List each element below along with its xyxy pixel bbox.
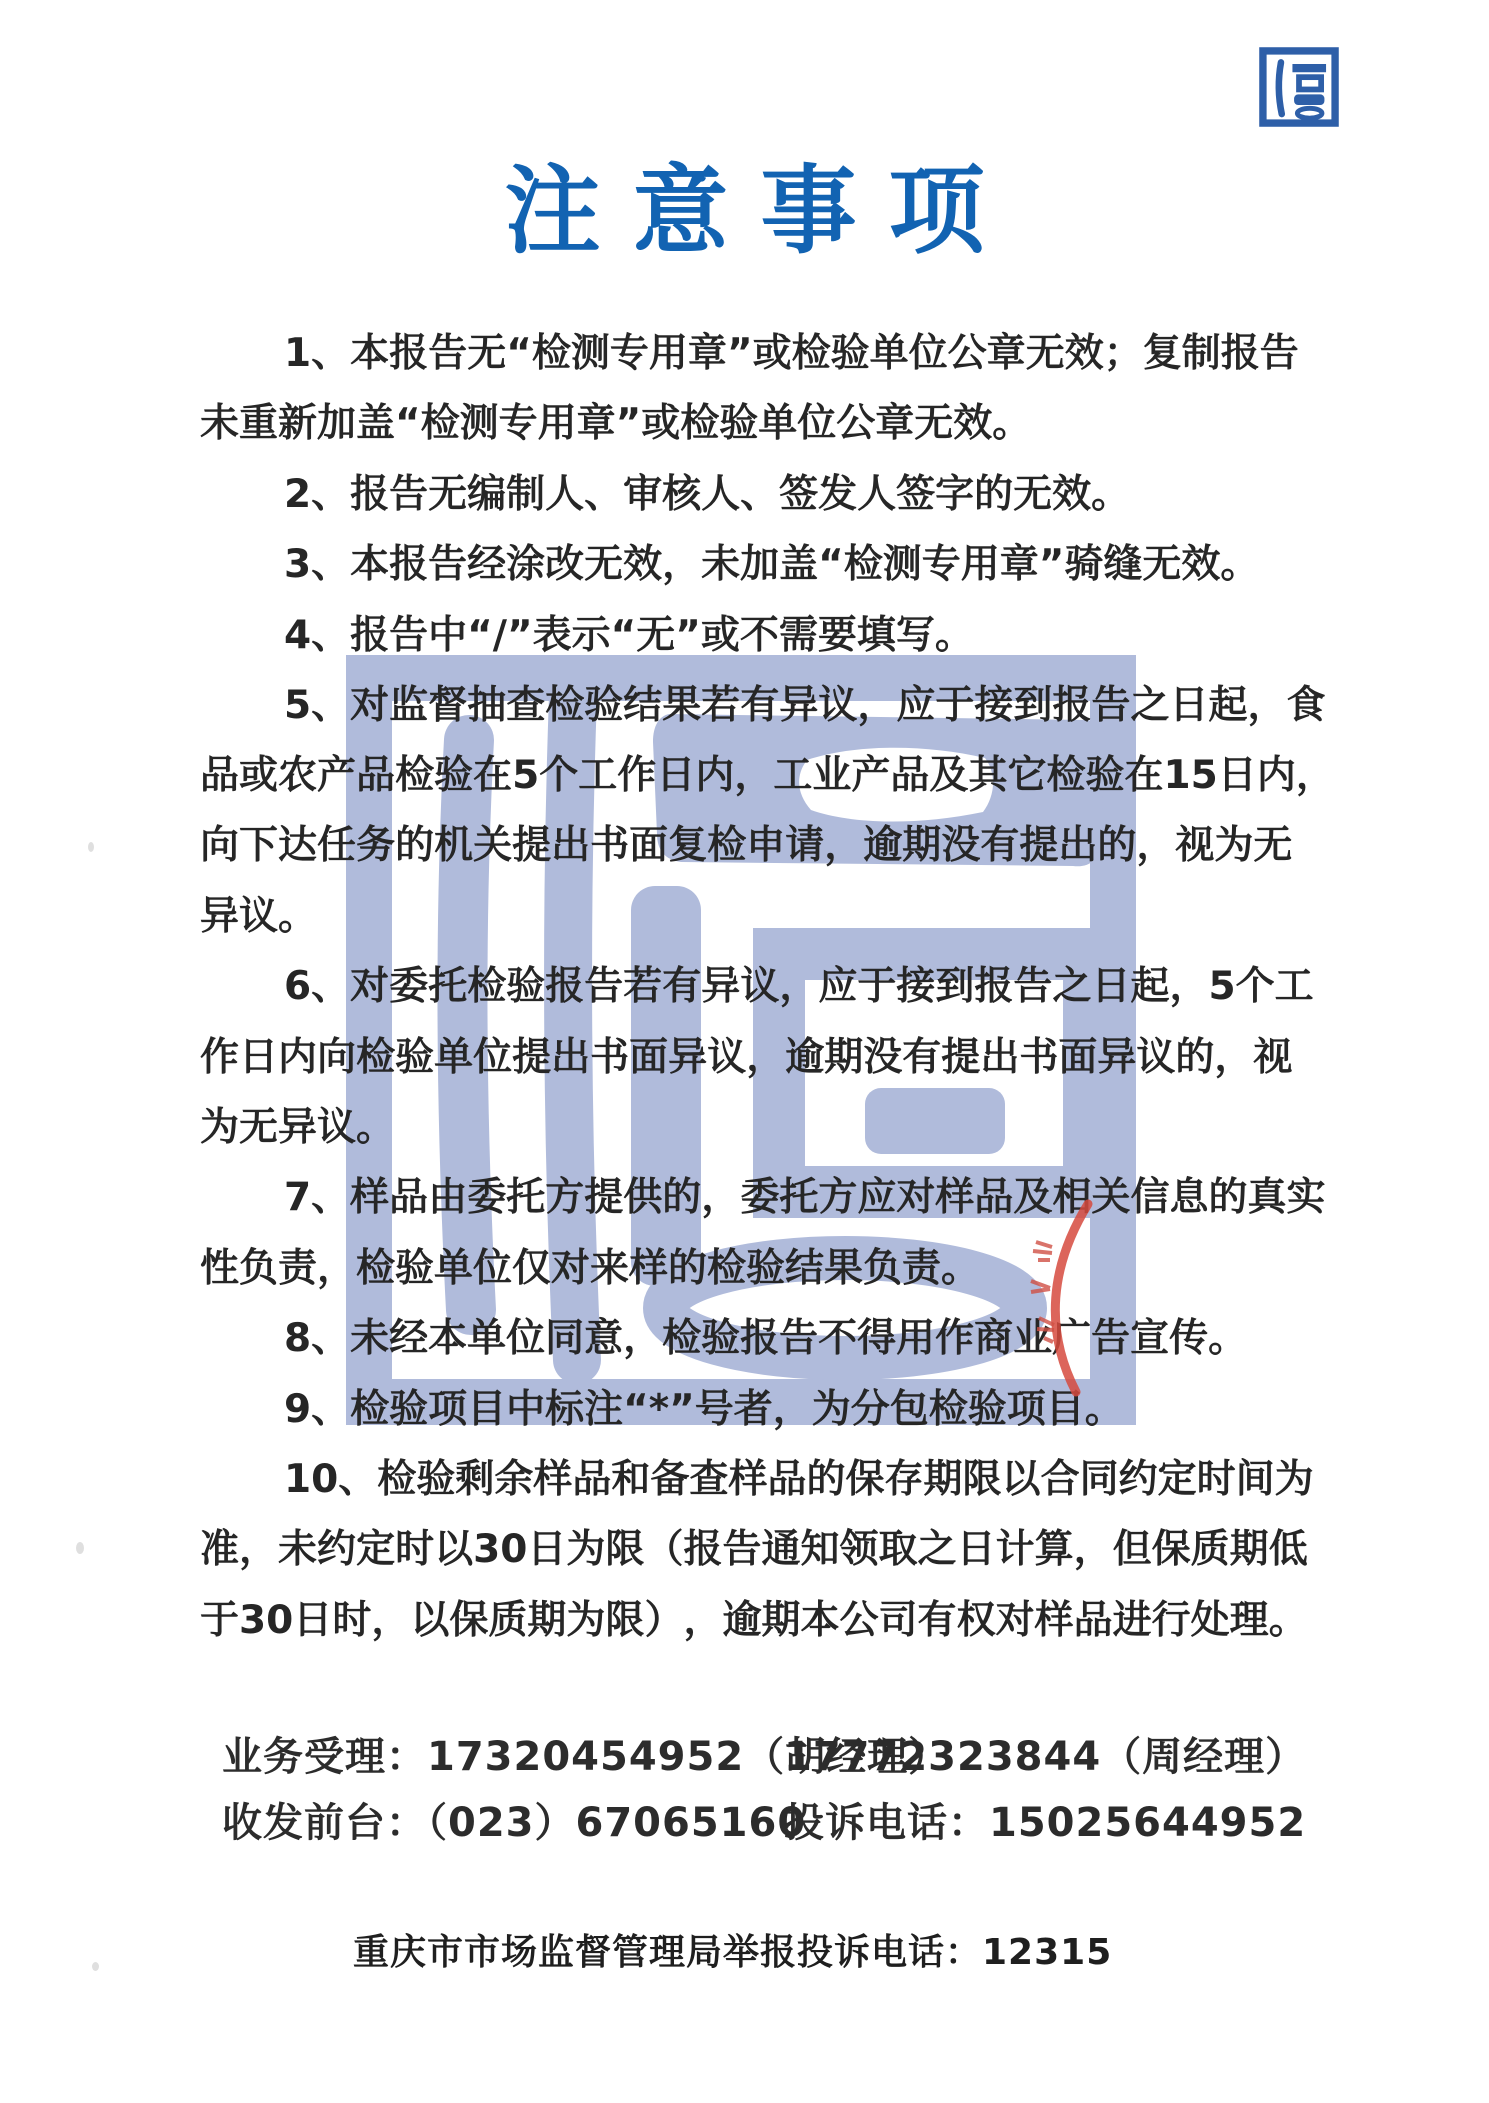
regulator-hotline: 重庆市市场监督管理局举报投诉电话：12315 <box>353 1924 1112 1975</box>
complaint-phone: 投诉电话：15025644952 <box>784 1793 1306 1853</box>
notice-line: 5、对监督抽查检验结果若有异议，应于接到报告之日起，食 <box>200 671 1286 741</box>
blue-square-seal-logo <box>1258 46 1340 128</box>
notice-line: 作日内向检验单位提出书面异议，逾期没有提出书面异议的，视 <box>200 1023 1286 1093</box>
red-seal-arc <box>1000 1180 1220 1410</box>
notice-line: 10、检验剩余样品和备查样品的保存期限以合同约定时间为 <box>200 1445 1286 1515</box>
scan-artifact <box>76 1542 84 1554</box>
scan-artifact <box>88 842 94 852</box>
page-title: 注意事项 <box>0 156 1489 266</box>
notice-line: 4、报告中“/”表示“无”或不需要填写。 <box>200 601 1286 671</box>
contact-block: 业务受理：17320454952（胡经理） 17772323844（周经理） 收… <box>200 1727 1360 1867</box>
business-phone-2: 17772323844（周经理） <box>784 1727 1306 1787</box>
notice-page: 注意事项 1、本报告无“检测专用章”或检验单位公章无效；复制报告 未重新加盖“检… <box>0 0 1489 2103</box>
notice-line: 向下达任务的机关提出书面复检申请，逾期没有提出的，视为无 <box>200 812 1286 882</box>
notice-line: 2、报告无编制人、审核人、签发人签字的无效。 <box>200 460 1286 530</box>
notice-line: 为无异议。 <box>200 1093 1286 1163</box>
notice-line: 3、本报告经涂改无效，未加盖“检测专用章”骑缝无效。 <box>200 530 1286 600</box>
scan-artifact <box>92 1962 99 1971</box>
notice-line: 于30日时，以保质期为限），逾期本公司有权对样品进行处理。 <box>200 1586 1286 1656</box>
contact-row: 收发前台：（023）67065160 投诉电话：15025644952 <box>200 1793 1360 1853</box>
notice-line: 1、本报告无“检测专用章”或检验单位公章无效；复制报告 <box>200 319 1286 389</box>
notice-line: 品或农产品检验在5个工作日内，工业产品及其它检验在15日内， <box>200 741 1286 811</box>
notice-line: 准，未约定时以30日为限（报告通知领取之日计算，但保质期低 <box>200 1516 1286 1586</box>
notice-line: 6、对委托检验报告若有异议，应于接到报告之日起，5个工 <box>200 953 1286 1023</box>
notice-line: 未重新加盖“检测专用章”或检验单位公章无效。 <box>200 389 1286 459</box>
notice-body: 1、本报告无“检测专用章”或检验单位公章无效；复制报告 未重新加盖“检测专用章”… <box>200 319 1286 1656</box>
red-seal-rim-glyphs <box>1031 1242 1054 1342</box>
front-desk-phone: 收发前台：（023）67065160 <box>222 1793 806 1853</box>
notice-line: 异议。 <box>200 882 1286 952</box>
contact-row: 业务受理：17320454952（胡经理） 17772323844（周经理） <box>200 1727 1360 1787</box>
